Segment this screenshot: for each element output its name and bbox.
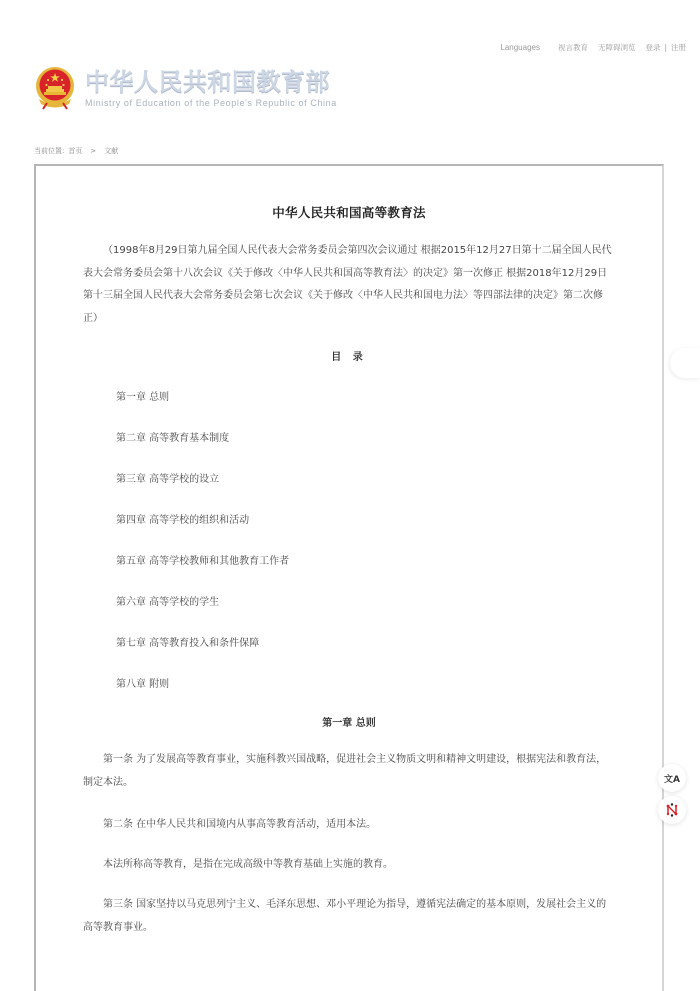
toc-item: 第五章 高等学校教师和其他教育工作者 xyxy=(116,552,289,567)
register-link[interactable]: 注册 xyxy=(671,42,686,53)
toc-heading: 目 录 xyxy=(36,348,662,363)
login-link[interactable]: 登录 xyxy=(645,42,660,53)
toc-item: 第四章 高等学校的组织和活动 xyxy=(116,511,249,526)
toc-item: 第三章 高等学校的设立 xyxy=(116,470,219,485)
link-accessible-education[interactable]: 视言教育 xyxy=(558,42,588,53)
article-paragraph: 第一条 为了发展高等教育事业，实施科教兴国战略，促进社会主义物质文明和精神文明建… xyxy=(83,749,613,794)
breadcrumb-label: 当前位置: xyxy=(34,146,64,156)
top-utility-bar: Languages 视言教育 无障碍浏览 登录 | 注册 xyxy=(500,40,686,54)
side-drawer-tab[interactable] xyxy=(670,348,700,378)
toc-item: 第一章 总则 xyxy=(116,388,169,403)
article-paragraph: 第二条 在中华人民共和国境内从事高等教育活动，适用本法。 xyxy=(83,814,613,837)
ai-assistant-button[interactable] xyxy=(658,796,686,824)
link-accessibility[interactable]: 无障碍浏览 xyxy=(598,42,636,53)
chapter-heading: 第一章 总则 xyxy=(36,714,662,729)
toc-item: 第七章 高等教育投入和条件保障 xyxy=(116,634,259,649)
translate-icon: 文A xyxy=(664,772,680,785)
translate-button[interactable]: 文A xyxy=(658,764,686,792)
site-logo[interactable]: 中华人民共和国教育部 Ministry of Education of the … xyxy=(33,63,337,113)
breadcrumb-home[interactable]: 首页 xyxy=(68,146,82,156)
breadcrumb-arrow-icon: > xyxy=(90,147,96,155)
breadcrumb-current[interactable]: 文献 xyxy=(104,146,118,156)
article-paragraph: 第三条 国家坚持以马克思列宁主义、毛泽东思想、邓小平理论为指导，遵循宪法确定的基… xyxy=(83,894,613,939)
breadcrumb: 当前位置: 首页 > 文献 xyxy=(34,146,118,156)
national-emblem-icon xyxy=(33,65,77,111)
network-icon xyxy=(665,803,679,817)
toc-item: 第六章 高等学校的学生 xyxy=(116,593,219,608)
logo-title-en: Ministry of Education of the People's Re… xyxy=(85,97,337,109)
languages-link[interactable]: Languages xyxy=(500,43,540,52)
logo-title-cn: 中华人民共和国教育部 xyxy=(85,68,337,96)
toc-item: 第八章 附则 xyxy=(116,675,169,690)
article-preamble: （1998年8月29日第九届全国人民代表大会常务委员会第四次会议通过 根据201… xyxy=(83,240,613,330)
article-paragraph: 本法所称高等教育，是指在完成高级中等教育基础上实施的教育。 xyxy=(83,854,613,877)
article-title: 中华人民共和国高等教育法 xyxy=(36,203,662,221)
article-container: 中华人民共和国高等教育法 （1998年8月29日第九届全国人民代表大会常务委员会… xyxy=(34,164,664,991)
toc-item: 第二章 高等教育基本制度 xyxy=(116,429,229,444)
divider: | xyxy=(664,43,667,52)
